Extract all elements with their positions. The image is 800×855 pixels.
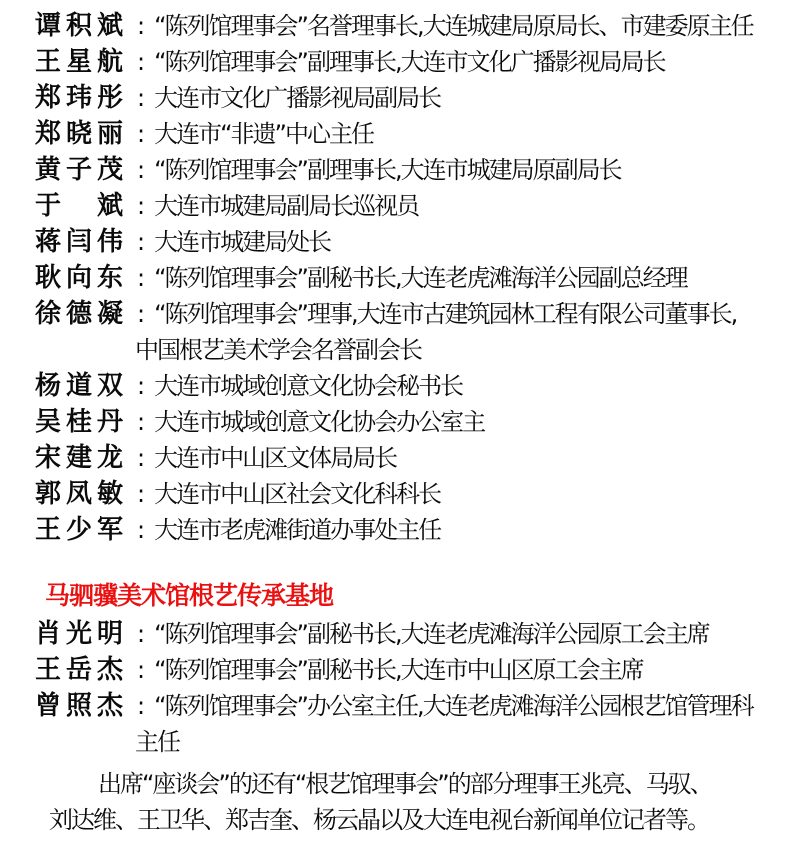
member-title: 大连市“非遗”中心主任: [154, 120, 373, 148]
member-title: “陈列馆理事会”名誉理事长,大连城建局原局长、市建委原主任: [154, 12, 753, 40]
section-heading-root-art-base: 马驷骥美术馆根艺传承基地: [45, 578, 790, 614]
colon-separator: :: [137, 260, 145, 296]
member-title: 大连市城建局处长: [154, 228, 330, 256]
member-row: 黄子茂 :“陈列馆理事会”副理事长,大连市城建局原副局长: [35, 152, 790, 188]
member-row: 谭积斌 :“陈列馆理事会”名誉理事长,大连城建局原局长、市建委原主任: [35, 8, 790, 44]
member-row: 郑晓丽 :大连市“非遗”中心主任: [35, 116, 790, 152]
member-title: “陈列馆理事会”副理事长,大连市城建局原副局长: [154, 156, 621, 184]
member-title: 大连市城域创意文化协会办公室主: [154, 408, 484, 436]
colon-separator: :: [137, 296, 145, 332]
member-name: 王少军: [35, 512, 135, 548]
colon-separator: :: [137, 404, 145, 440]
member-title: “陈列馆理事会”副秘书长,大连老虎滩海洋公园原工会主席: [154, 620, 709, 648]
colon-separator: :: [137, 476, 145, 512]
colon-separator: :: [137, 8, 145, 44]
member-row: 蒋闫伟 :大连市城建局处长: [35, 224, 790, 260]
member-row: 于 斌 :大连市城建局副局长巡视员: [35, 188, 790, 224]
member-title: “陈列馆理事会”办公室主任,大连老虎滩海洋公园根艺馆管理科 主任: [135, 692, 753, 756]
member-name: 王星航: [35, 44, 135, 80]
member-row: 王少军 :大连市老虎滩街道办事处主任: [35, 512, 790, 548]
member-title: 大连市中山区社会文化科科长: [154, 480, 440, 508]
member-title: 大连市城域创意文化协会秘书长: [154, 372, 462, 400]
closing-paragraph: 出席“座谈会”的还有“根艺馆理事会”的部分理事王兆亮、马驭、 刘达维、王卫华、郑…: [35, 766, 790, 838]
member-title: 大连市中山区文体局局长: [154, 444, 396, 472]
member-row: 曾照杰 :“陈列馆理事会”办公室主任,大连老虎滩海洋公园根艺馆管理科 主任: [35, 688, 790, 760]
member-name: 谭积斌: [35, 8, 135, 44]
member-title: “陈列馆理事会”副秘书长,大连市中山区原工会主席: [154, 656, 643, 684]
colon-separator: :: [137, 152, 145, 188]
member-name: 杨道双: [35, 368, 135, 404]
colon-separator: :: [137, 224, 145, 260]
member-row: 郭凤敏 :大连市中山区社会文化科科长: [35, 476, 790, 512]
member-name: 黄子茂: [35, 152, 135, 188]
member-name: 耿向东: [35, 260, 135, 296]
colon-separator: :: [137, 188, 145, 224]
member-name: 肖光明: [35, 616, 135, 652]
member-row: 郑玮彤 :大连市文化广播影视局副局长: [35, 80, 790, 116]
colon-separator: :: [137, 368, 145, 404]
member-name: 吴桂丹: [35, 404, 135, 440]
document-body: 谭积斌 :“陈列馆理事会”名誉理事长,大连城建局原局长、市建委原主任 王星航 :…: [0, 0, 800, 838]
member-name: 王岳杰: [35, 652, 135, 688]
member-name: 于 斌: [35, 188, 135, 224]
colon-separator: :: [137, 616, 145, 652]
member-title: “陈列馆理事会”副理事长,大连市文化广播影视局局长: [154, 48, 665, 76]
member-title: 大连市城建局副局长巡视员: [154, 192, 418, 220]
member-name: 蒋闫伟: [35, 224, 135, 260]
member-title: 大连市老虎滩街道办事处主任: [154, 516, 440, 544]
council-member-list: 谭积斌 :“陈列馆理事会”名誉理事长,大连城建局原局长、市建委原主任 王星航 :…: [35, 8, 790, 548]
member-row: 宋建龙 :大连市中山区文体局局长: [35, 440, 790, 476]
colon-separator: :: [137, 440, 145, 476]
member-title: 大连市文化广播影视局副局长: [154, 84, 440, 112]
member-name: 郑玮彤: [35, 80, 135, 116]
member-name: 宋建龙: [35, 440, 135, 476]
member-name: 郭凤敏: [35, 476, 135, 512]
member-row: 徐德凝 :“陈列馆理事会”理事,大连市古建筑园林工程有限公司董事长, 中国根艺美…: [35, 296, 790, 368]
member-row: 耿向东 :“陈列馆理事会”副秘书长,大连老虎滩海洋公园副总经理: [35, 260, 790, 296]
member-row: 肖光明 :“陈列馆理事会”副秘书长,大连老虎滩海洋公园原工会主席: [35, 616, 790, 652]
member-row: 杨道双 :大连市城域创意文化协会秘书长: [35, 368, 790, 404]
member-name: 郑晓丽: [35, 116, 135, 152]
colon-separator: :: [137, 116, 145, 152]
colon-separator: :: [137, 80, 145, 116]
member-row: 王星航 :“陈列馆理事会”副理事长,大连市文化广播影视局局长: [35, 44, 790, 80]
colon-separator: :: [137, 688, 145, 724]
member-name: 徐德凝: [35, 296, 135, 332]
colon-separator: :: [137, 652, 145, 688]
member-row: 王岳杰 :“陈列馆理事会”副秘书长,大连市中山区原工会主席: [35, 652, 790, 688]
member-row: 吴桂丹 :大连市城域创意文化协会办公室主: [35, 404, 790, 440]
colon-separator: :: [137, 44, 145, 80]
member-title: “陈列馆理事会”理事,大连市古建筑园林工程有限公司董事长, 中国根艺美术学会名誉…: [135, 300, 736, 364]
base-member-list: 肖光明 :“陈列馆理事会”副秘书长,大连老虎滩海洋公园原工会主席 王岳杰 :“陈…: [35, 616, 790, 760]
colon-separator: :: [137, 512, 145, 548]
member-name: 曾照杰: [35, 688, 135, 724]
member-title: “陈列馆理事会”副秘书长,大连老虎滩海洋公园副总经理: [154, 264, 687, 292]
